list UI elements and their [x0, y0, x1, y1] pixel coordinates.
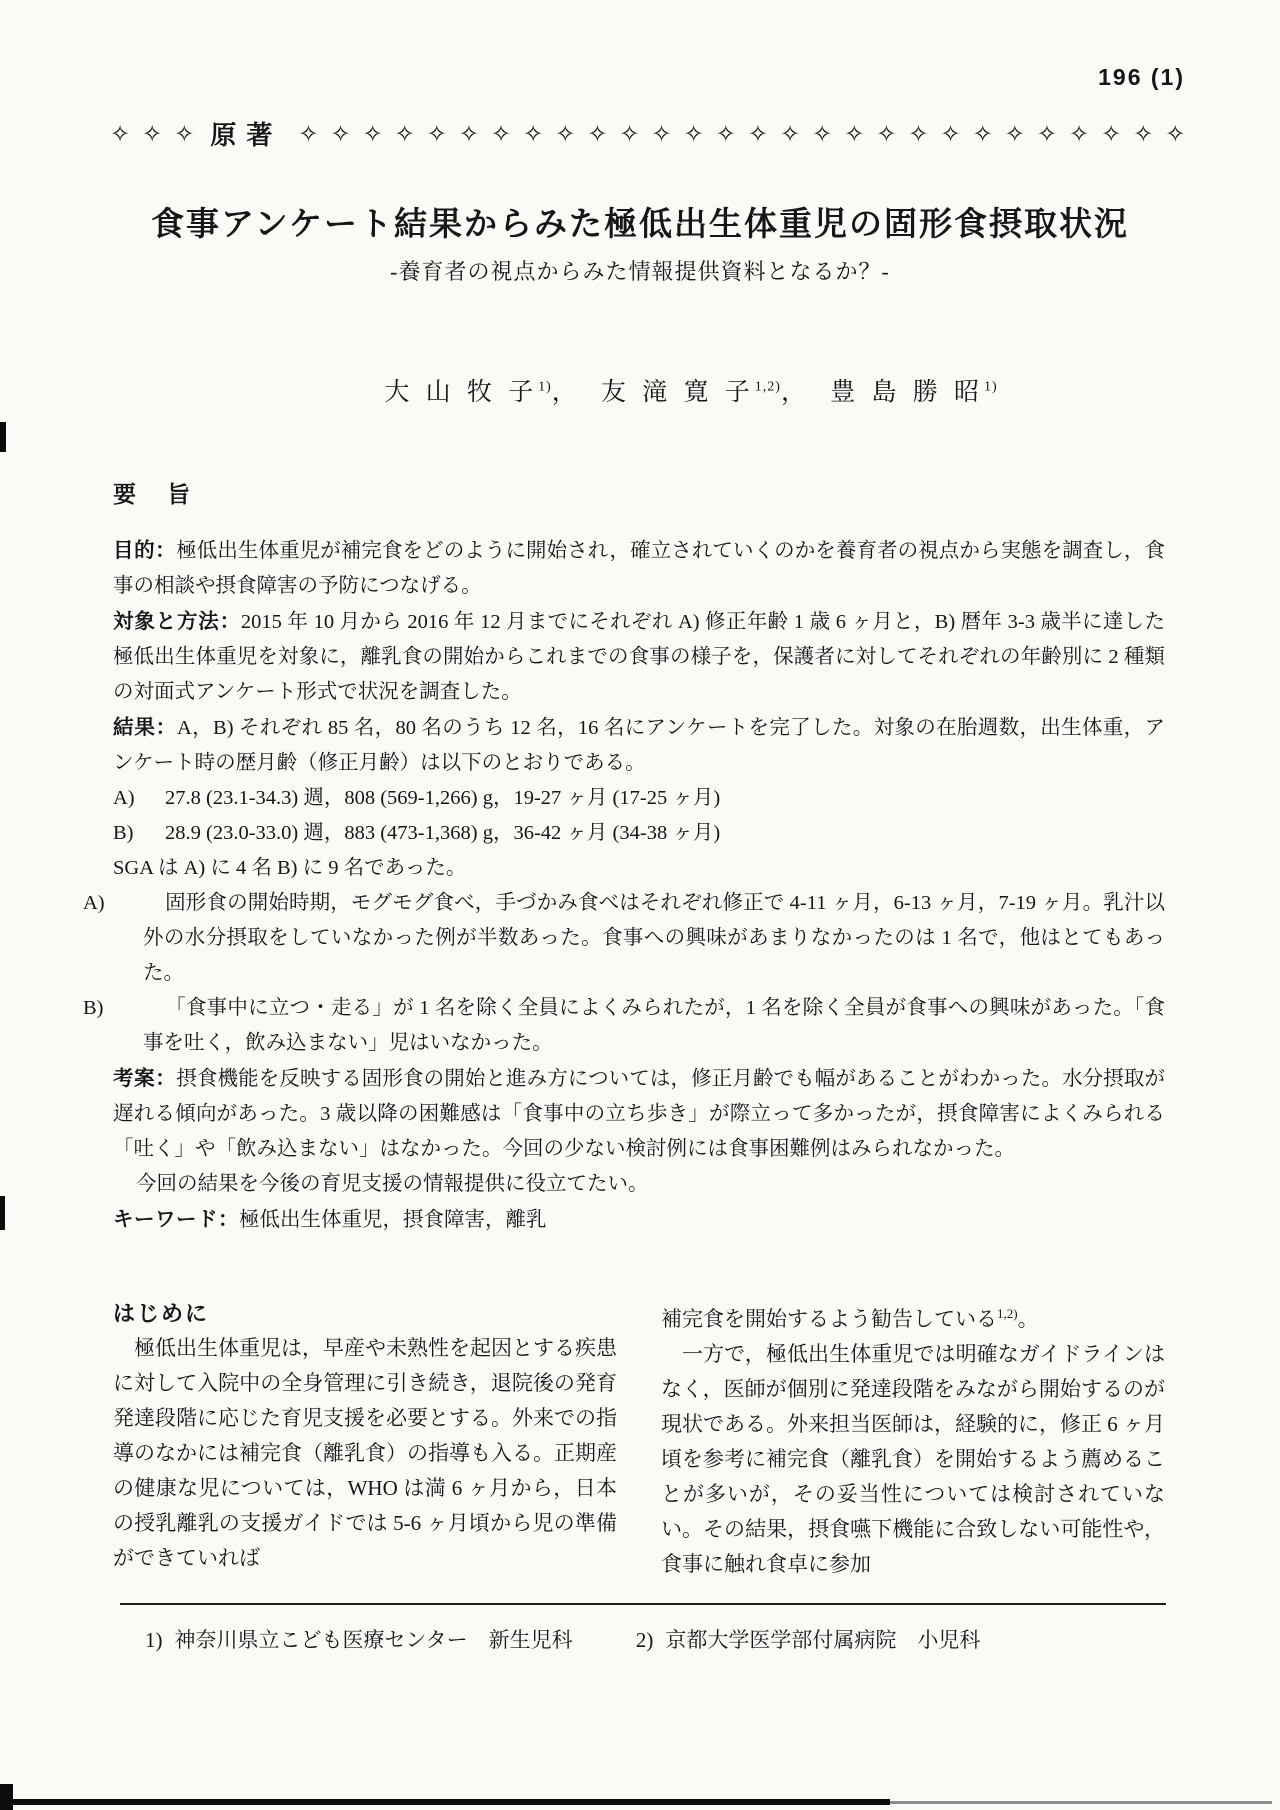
affiliation-1-marker: 1) [145, 1628, 163, 1652]
abstract-discussion: 考案：摂食機能を反映する固形食の開始と進み方については，修正月齢でも幅があること… [113, 1061, 1165, 1167]
author-1-affiliation-sup: 1) [538, 380, 552, 395]
right-p1-period: 。 [1018, 1307, 1039, 1331]
paper-subtitle: -養育者の視点からみた情報提供資料となるか？- [0, 255, 1280, 286]
finding-a-text: 固形食の開始時期，モグモグ食べ，手づかみ食べはそれぞれ修正で 4-11 ヶ月，6… [143, 892, 1165, 984]
section-heading-introduction: はじめに [113, 1296, 617, 1331]
diamond-ornament-left: ✧✧✧ [110, 118, 206, 152]
article-type-label: 原著 [210, 118, 282, 152]
abstract-results: 結果：A，B) それぞれ 85 名，80 名のうち 12 名，16 名にアンケー… [113, 710, 1165, 781]
author-separator: ， [552, 379, 577, 406]
author-2-affiliation-sup: 1,2) [755, 380, 781, 395]
author-line: 大 山 牧 子1)， 友 滝 寛 子1,2)， 豊 島 勝 昭1) [0, 372, 1280, 408]
author-1-name: 大 山 牧 子 [384, 379, 538, 406]
list-marker-b: B) [113, 816, 165, 851]
discussion-text: 摂食機能を反映する固形食の開始と進み方については，修正月齢でも幅があることがわか… [113, 1068, 1165, 1160]
introduction-paragraph-left: 極低出生体重児は，早産や未熟性を起因とする疾患に対して入院中の全身管理に引き続き… [113, 1331, 617, 1576]
right-p1-text: 補完食を開始するよう勧告している [661, 1307, 997, 1331]
affiliation-2-marker: 2) [636, 1628, 654, 1652]
author-3-name: 豊 島 勝 昭 [830, 379, 984, 406]
scan-artifact-bottom-line [10, 1799, 890, 1805]
result-line-a: A)27.8 (23.1-34.3) 週，808 (569-1,266) g，1… [113, 781, 1165, 816]
sga-line: SGA は A) に 4 名 B) に 9 名であった。 [113, 851, 1165, 886]
keywords-line: キーワード：極低出生体重児，摂食障害，離乳 [113, 1202, 1165, 1238]
result-line-b: B)28.9 (23.0-33.0) 週，883 (473-1,368) g，3… [113, 816, 1165, 851]
list-marker-a: A) [113, 886, 165, 921]
affiliation-1-text: 神奈川県立こども医療センター 新生児科 [175, 1628, 573, 1652]
keywords-text: 極低出生体重児，摂食障害，離乳 [239, 1209, 547, 1231]
finding-b-text: 「食事中に立つ・走る」が 1 名を除く全員によくみられたが，1 名を除く全員が食… [143, 997, 1165, 1054]
two-column-body: はじめに 極低出生体重児は，早産や未熟性を起因とする疾患に対して入院中の全身管理… [113, 1296, 1165, 1582]
page-number: 196 (1) [1098, 64, 1185, 91]
citation-sup: 1,2) [997, 1306, 1018, 1321]
methods-label: 対象と方法： [113, 610, 241, 633]
scanned-paper-page: 196 (1) ✧✧✧ 原著 ✧✧✧✧✧✧✧✧✧✧✧✧✧✧✧✧✧✧✧✧✧✧✧✧✧… [0, 0, 1280, 1810]
purpose-label: 目的： [113, 539, 176, 562]
scan-artifact-bottom-line-faint [890, 1801, 1272, 1804]
affiliation-1: 1)神奈川県立こども医療センター 新生児科 [145, 1628, 573, 1652]
author-1: 大 山 牧 子1)， [384, 379, 576, 406]
discussion-label: 考案： [113, 1067, 176, 1090]
right-column: 補完食を開始するよう勧告している1,2)。 一方で，極低出生体重児では明確なガイ… [661, 1296, 1165, 1582]
author-2: 友 滝 寛 子1,2)， [601, 379, 806, 406]
affiliation-2-text: 京都大学医学部付属病院 小児科 [665, 1628, 980, 1652]
left-column: はじめに 極低出生体重児は，早産や未熟性を起因とする疾患に対して入院中の全身管理… [113, 1296, 617, 1582]
results-text: A，B) それぞれ 85 名，80 名のうち 12 名，16 名にアンケートを完… [113, 717, 1165, 774]
list-marker-b: B) [113, 991, 165, 1026]
diamond-ornament-right: ✧✧✧✧✧✧✧✧✧✧✧✧✧✧✧✧✧✧✧✧✧✧✧✧✧✧✧✧✧✧✧✧ [298, 118, 1192, 152]
author-3-affiliation-sup: 1) [984, 380, 998, 395]
scan-artifact-left-1 [0, 422, 6, 452]
finding-a: A)固形食の開始時期，モグモグ食べ，手づかみ食べはそれぞれ修正で 4-11 ヶ月… [113, 886, 1165, 991]
methods-text: 2015 年 10 月から 2016 年 12 月までにそれぞれ A) 修正年齢… [113, 611, 1165, 703]
author-separator: ， [781, 379, 806, 406]
scan-artifact-bottom-blob [0, 1784, 13, 1810]
article-type-banner: ✧✧✧ 原著 ✧✧✧✧✧✧✧✧✧✧✧✧✧✧✧✧✧✧✧✧✧✧✧✧✧✧✧✧✧✧✧✧ [110, 118, 1192, 152]
abstract-purpose: 目的：極低出生体重児が補完食をどのように開始され，確立されていくのかを養育者の視… [113, 533, 1165, 604]
scan-artifact-left-2 [0, 1196, 5, 1230]
introduction-paragraph-right-2: 一方で，極低出生体重児では明確なガイドラインはなく，医師が個別に発達段階をみなが… [661, 1337, 1165, 1582]
abstract-methods: 対象と方法：2015 年 10 月から 2016 年 12 月までにそれぞれ A… [113, 604, 1165, 710]
introduction-paragraph-right-1: 補完食を開始するよう勧告している1,2)。 [661, 1296, 1165, 1337]
result-line-b-text: 28.9 (23.0-33.0) 週，883 (473-1,368) g，36-… [165, 822, 720, 844]
list-marker-a: A) [113, 781, 165, 816]
keywords-label: キーワード： [113, 1208, 239, 1231]
abstract-section: 要 旨 目的：極低出生体重児が補完食をどのように開始され，確立されていくのかを養… [113, 476, 1165, 1238]
finding-b: B)「食事中に立つ・走る」が 1 名を除く全員によくみられたが，1 名を除く全員… [113, 991, 1165, 1061]
abstract-heading: 要 旨 [113, 476, 1165, 509]
purpose-text: 極低出生体重児が補完食をどのように開始され，確立されていくのかを養育者の視点から… [113, 540, 1165, 597]
author-3: 豊 島 勝 昭1) [830, 379, 997, 406]
abstract-closing: 今回の結果を今後の育児支援の情報提供に役立てたい。 [113, 1167, 1165, 1202]
affiliation-footnotes: 1)神奈川県立こども医療センター 新生児科 2)京都大学医学部付属病院 小児科 [145, 1624, 1180, 1654]
results-label: 結果： [113, 716, 177, 739]
author-2-name: 友 滝 寛 子 [601, 379, 755, 406]
affiliation-2: 2)京都大学医学部付属病院 小児科 [636, 1628, 981, 1652]
result-line-a-text: 27.8 (23.1-34.3) 週，808 (569-1,266) g，19-… [165, 787, 720, 809]
footnote-divider [120, 1603, 1166, 1605]
